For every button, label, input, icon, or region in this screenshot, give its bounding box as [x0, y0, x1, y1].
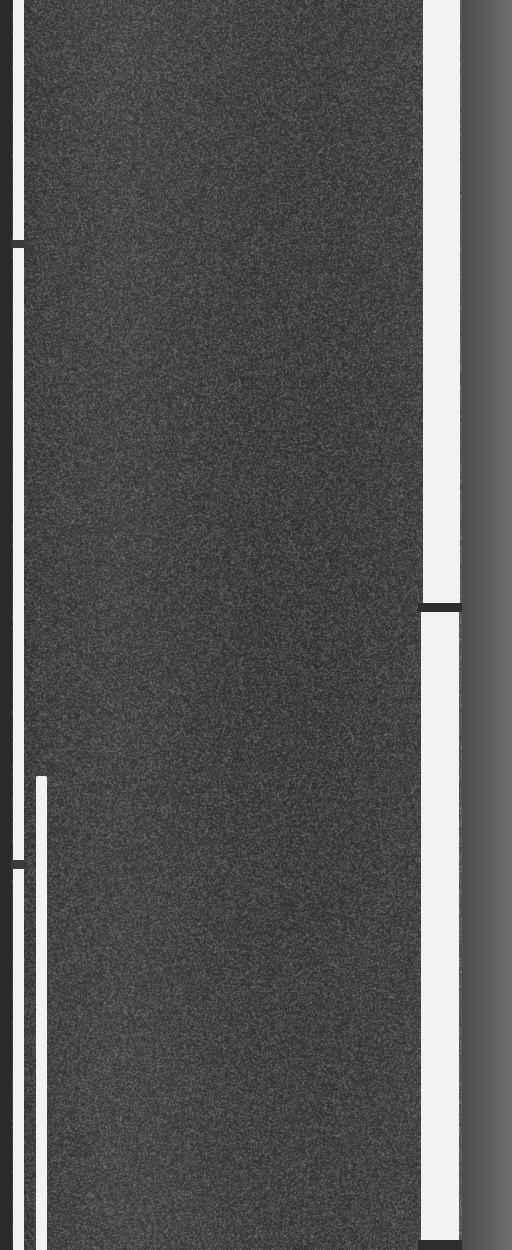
right-edge-line-segment — [423, 0, 460, 603]
right-line-gap — [418, 603, 462, 612]
right-edge-line-segment — [421, 612, 459, 1240]
road-scene — [0, 0, 512, 1250]
right-line-gap — [418, 1240, 462, 1250]
left-line-gap — [11, 240, 25, 248]
left-line-gap — [11, 860, 25, 869]
left-solid-line — [13, 0, 24, 1250]
left-inner-line — [36, 776, 47, 1250]
left-curb — [0, 0, 12, 1250]
right-shoulder — [462, 0, 512, 1250]
